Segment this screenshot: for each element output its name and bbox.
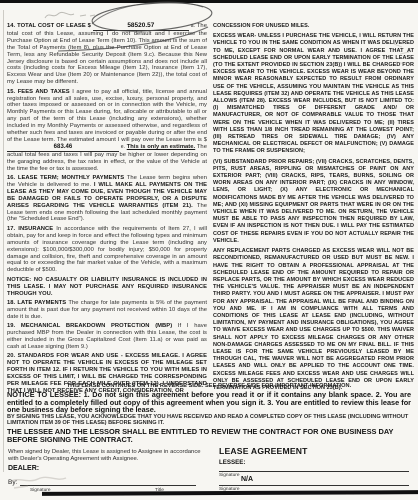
corner-pencil-smudge [390,38,416,68]
section-15-title: 15. FEES AND TAXES [7,89,70,95]
section-15-fees-and-taxes: 15. FEES AND TAXES I agree to pay all of… [7,89,207,173]
scan-artifact-bottom-bar [42,490,418,496]
excess-wear-paragraph-2: (VI) SUBSTANDARD PRIOR REPAIRS; (VII) CR… [213,159,414,245]
left-text-column: 14. TOTAL COST OF LEASE $ 58520.57 a. Th… [7,23,207,397]
insurance-notice: NOTICE: NO CASUALTY OR LIABILITY INSURAN… [7,277,207,298]
scan-artifact-left-edge [3,10,4,472]
by-signing-acknowledgement: BY SIGNING THIS LEASE, YOU ACKNOWLEDGE T… [7,414,411,427]
excess-wear-paragraph-3: ANY REPLACEMENT PARTS CHARGED AS EXCESS … [213,248,414,392]
notice-to-lessee: NOTICE TO LESSEE: 1. Do not sign this ag… [7,391,411,414]
lessee-signature-value: N/A [241,476,253,483]
section-15-intro: I agree to pay all official, title, lice… [7,89,207,143]
right-text-column: CONCESSION FOR UNUSED MILES. EXCESS WEAR… [213,23,414,395]
concession-unused-miles-line: CONCESSION FOR UNUSED MILES. [213,23,414,30]
lessee-signature-line-2: N/A [219,476,409,486]
section-18-late-payments: 18. LATE PAYMENTS The charge for late pa… [7,300,207,321]
section-17-insurance: 17. INSURANCE In accordance with the req… [7,226,207,274]
dealer-stamp-smudge [8,468,78,490]
fees-taxes-amount-field: 683.46 [7,144,119,152]
section-16-title: 16. LEASE TERM; MONTHLY PAYMENTS [7,175,124,181]
review-contract-statement: THE LESSEE AND THE LESSOR SHALL BE ENTIT… [7,428,411,444]
insurance-notice-text: NOTICE: NO CASUALTY OR LIABILITY INSURAN… [7,277,207,297]
lease-continues-line: THIS LEASE CONTINUES ON THE REVERSE SIDE… [0,383,418,389]
lessee-signature-line-1 [219,463,409,472]
lease-agreement-heading: LEASE AGREEMENT [219,446,308,456]
scanned-lease-document-page: 14. TOTAL COST OF LEASE $ 58520.57 a. Th… [0,0,418,500]
assignment-statement: When signed by Dealer, this Lease is ass… [8,449,208,462]
faint-handwriting-mark [42,8,102,24]
section-17-title: 17. INSURANCE [7,226,53,232]
section-19-title: 19. MECHANICAL BREAKDOWN PROTECTION (MBP… [7,323,172,329]
section-17-body: In accordance with the requirements of I… [7,226,207,273]
section-16-lease-term: 16. LEASE TERM; MONTHLY PAYMENTS The Lea… [7,175,207,223]
section-18-title: 18. LATE PAYMENTS [7,300,66,306]
excess-wear-paragraph-1: EXCESS WEAR- UNLESS I PURCHASE THE VEHIC… [213,33,414,155]
field-tag-e: e. [121,144,125,150]
section-19-mbp: 19. MECHANICAL BREAKDOWN PROTECTION (MBP… [7,323,207,351]
only-an-estimate-emphasis: This is only an estimate. [127,144,196,150]
